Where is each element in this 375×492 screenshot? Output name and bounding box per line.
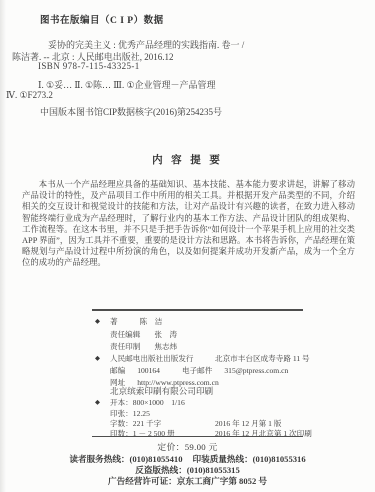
print-supervisor-name: 焦志炜	[154, 342, 177, 351]
sheets-value: 12.25	[133, 409, 150, 418]
cip-classification-line-2: Ⅳ. ①F273.2	[6, 90, 53, 101]
author-row: 著陈 洁	[110, 316, 162, 327]
quality-hotline: 印装质量热线：(010)81055316	[193, 454, 306, 464]
sheets-label: 印张：	[110, 409, 133, 418]
printer-row: 北京缤索印刷有限公司印刷	[110, 385, 213, 397]
diamond-bullet-icon: ◆	[95, 317, 100, 325]
abstract-body: 本书从一个产品经理应具备的基础知识、基本技能、基本能力要求讲起，讲解了移动产品设…	[22, 179, 355, 269]
word-count-value: 221 千字	[133, 419, 161, 428]
email-label: 电子邮件	[182, 366, 212, 375]
postcode-email-row: 邮编100164电子邮件315@ptpress.com.cn	[110, 365, 288, 376]
author-name: 陈 洁	[140, 317, 163, 326]
isbn: ISBN 978-7-115-43325-1	[38, 61, 140, 71]
author-label: 著	[110, 316, 118, 327]
postcode-value: 100164	[137, 366, 160, 375]
format-label: 开本：	[110, 398, 133, 407]
cip-classification-line-1: Ⅰ. ①妥… Ⅱ. ①陈… Ⅲ. ①企业管理－产品管理	[38, 78, 216, 91]
abstract-heading: 内 容 提 要	[0, 152, 375, 167]
publisher-address: 北京市丰台区成寿寺路 11 号	[215, 353, 310, 364]
format-row: 开本：800×1000 1/16	[110, 397, 185, 408]
divider-top	[92, 309, 303, 311]
format-value: 800×1000 1/16	[133, 398, 185, 407]
book-copyright-page: 图书在版编目（C I P）数据 妥协的完美主义 : 优秀产品经理的实践指南. 卷…	[0, 0, 375, 492]
divider-bottom	[92, 436, 303, 437]
diamond-bullet-icon: ◆	[95, 398, 100, 406]
editor-row: 责任编辑张 涛	[110, 329, 177, 340]
price: 定价：59.00 元	[0, 440, 375, 453]
email-value: 315@ptpress.com.cn	[224, 366, 288, 375]
print-supervisor-label: 责任印制	[110, 341, 140, 352]
cip-record-number: 中国版本图书馆CIP数据核字(2016)第254235号	[40, 105, 222, 118]
cip-header: 图书在版编目（C I P）数据	[40, 12, 164, 26]
diamond-bullet-icon: ◆	[95, 354, 100, 362]
ad-license: 广告经营许可证：京东工商广字第 8052 号	[0, 475, 375, 487]
postcode-label: 邮编	[110, 366, 125, 375]
publisher-row: 人民邮电出版社出版发行	[110, 353, 194, 364]
print-supervisor-row: 责任印制焦志炜	[110, 341, 177, 352]
editor-name: 张 涛	[154, 330, 177, 339]
word-count-label: 字数：	[110, 419, 133, 428]
reader-hotline: 读者服务热线：(010)81055410	[69, 454, 182, 464]
editor-label: 责任编辑	[110, 329, 140, 340]
